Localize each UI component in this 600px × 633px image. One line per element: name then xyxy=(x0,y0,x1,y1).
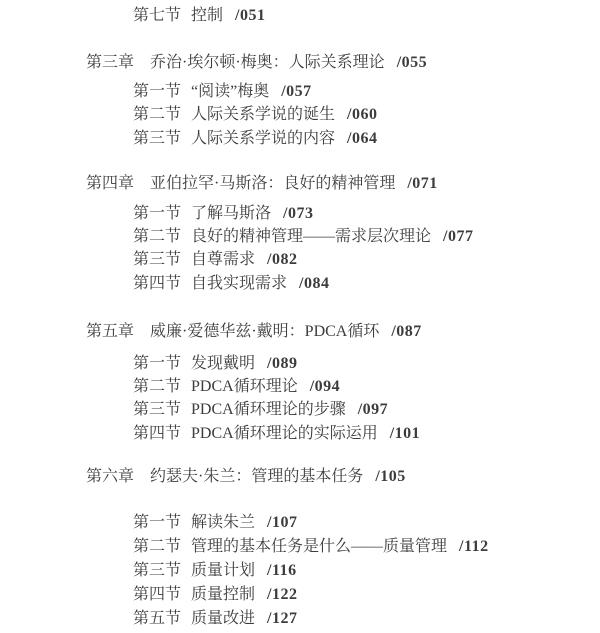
chapter-label: 第五章 xyxy=(86,322,134,342)
toc-section-line: 第一节“阅读”梅奥/057 xyxy=(133,82,312,102)
page-number: /084 xyxy=(299,274,329,294)
chapter-title: 乔治·埃尔顿·梅奥：人际关系理论 xyxy=(150,53,385,73)
page-number: /116 xyxy=(267,561,297,581)
page-number: /073 xyxy=(283,204,313,224)
section-label: 第四节 xyxy=(133,274,181,294)
toc-chapter-line: 第五章威廉·爱德华兹·戴明：PDCA循环/087 xyxy=(86,322,422,342)
page-number: /127 xyxy=(267,609,297,629)
toc-section-line: 第七节控制/051 xyxy=(133,6,265,26)
toc-section-line: 第二节人际关系学说的诞生/060 xyxy=(133,105,377,125)
page-number: /051 xyxy=(235,6,265,26)
chapter-label: 第三章 xyxy=(86,53,134,73)
section-label: 第一节 xyxy=(133,354,181,374)
page-number: /055 xyxy=(397,53,427,73)
toc-chapter-line: 第三章乔治·埃尔顿·梅奥：人际关系理论/055 xyxy=(86,53,427,73)
section-label: 第一节 xyxy=(133,204,181,224)
toc-section-line: 第四节自我实现需求/084 xyxy=(133,274,329,294)
page-number: /060 xyxy=(347,105,377,125)
section-title: “阅读”梅奥 xyxy=(191,82,269,102)
page-number: /112 xyxy=(459,537,489,557)
section-label: 第二节 xyxy=(133,537,181,557)
toc-section-line: 第四节质量控制/122 xyxy=(133,585,297,605)
page-number: /097 xyxy=(358,400,388,420)
chapter-title: 约瑟夫·朱兰：管理的基本任务 xyxy=(150,467,363,487)
section-title: 人际关系学说的内容 xyxy=(191,129,335,149)
page-number: /101 xyxy=(390,424,420,444)
section-label: 第五节 xyxy=(133,609,181,629)
toc-section-line: 第三节人际关系学说的内容/064 xyxy=(133,129,377,149)
section-label: 第七节 xyxy=(133,6,181,26)
section-label: 第二节 xyxy=(133,227,181,247)
chapter-title: 亚伯拉罕·马斯洛：良好的精神管理 xyxy=(150,174,395,194)
section-label: 第四节 xyxy=(133,585,181,605)
page-number: /082 xyxy=(267,250,297,270)
toc-section-line: 第二节管理的基本任务是什么——质量管理/112 xyxy=(133,537,489,557)
toc-section-line: 第一节发现戴明/089 xyxy=(133,354,297,374)
section-title: 了解马斯洛 xyxy=(191,204,271,224)
toc-section-line: 第三节PDCA循环理论的步骤/097 xyxy=(133,400,388,420)
section-title: 解读朱兰 xyxy=(191,513,255,533)
chapter-label: 第四章 xyxy=(86,174,134,194)
toc-section-line: 第一节了解马斯洛/073 xyxy=(133,204,313,224)
section-title: PDCA循环理论的步骤 xyxy=(191,400,346,420)
toc-chapter-line: 第六章约瑟夫·朱兰：管理的基本任务/105 xyxy=(86,467,406,487)
section-title: 自我实现需求 xyxy=(191,274,287,294)
section-title: 人际关系学说的诞生 xyxy=(191,105,335,125)
section-label: 第三节 xyxy=(133,400,181,420)
toc-section-line: 第二节良好的精神管理——需求层次理论/077 xyxy=(133,227,473,247)
page-number: /094 xyxy=(310,377,340,397)
chapter-label: 第六章 xyxy=(86,467,134,487)
page-number: /122 xyxy=(267,585,297,605)
section-label: 第三节 xyxy=(133,250,181,270)
page-number: /105 xyxy=(375,467,405,487)
section-title: 管理的基本任务是什么——质量管理 xyxy=(191,537,447,557)
section-title: 质量改进 xyxy=(191,609,255,629)
toc-section-line: 第一节解读朱兰/107 xyxy=(133,513,297,533)
section-title: 自尊需求 xyxy=(191,250,255,270)
section-title: 控制 xyxy=(191,6,223,26)
section-label: 第二节 xyxy=(133,377,181,397)
toc-section-line: 第三节自尊需求/082 xyxy=(133,250,297,270)
section-title: PDCA循环理论的实际运用 xyxy=(191,424,378,444)
chapter-title: 威廉·爱德华兹·戴明：PDCA循环 xyxy=(150,322,379,342)
section-title: PDCA循环理论 xyxy=(191,377,298,397)
page-number: /089 xyxy=(267,354,297,374)
section-title: 质量计划 xyxy=(191,561,255,581)
toc-chapter-line: 第四章亚伯拉罕·马斯洛：良好的精神管理/071 xyxy=(86,174,438,194)
toc-section-line: 第三节质量计划/116 xyxy=(133,561,297,581)
section-label: 第四节 xyxy=(133,424,181,444)
page-number: /071 xyxy=(407,174,437,194)
page-number: /077 xyxy=(443,227,473,247)
section-title: 发现戴明 xyxy=(191,354,255,374)
section-label: 第三节 xyxy=(133,561,181,581)
toc-section-line: 第二节PDCA循环理论/094 xyxy=(133,377,340,397)
section-label: 第二节 xyxy=(133,105,181,125)
section-label: 第一节 xyxy=(133,82,181,102)
page-number: /057 xyxy=(281,82,311,102)
page-number: /087 xyxy=(391,322,421,342)
toc-section-line: 第四节PDCA循环理论的实际运用/101 xyxy=(133,424,420,444)
book-toc-page: 第七节控制/051第三章乔治·埃尔顿·梅奥：人际关系理论/055第一节“阅读”梅… xyxy=(0,0,600,633)
section-label: 第一节 xyxy=(133,513,181,533)
page-number: /107 xyxy=(267,513,297,533)
section-label: 第三节 xyxy=(133,129,181,149)
section-title: 良好的精神管理——需求层次理论 xyxy=(191,227,431,247)
toc-section-line: 第五节质量改进/127 xyxy=(133,609,297,629)
page-number: /064 xyxy=(347,129,377,149)
section-title: 质量控制 xyxy=(191,585,255,605)
